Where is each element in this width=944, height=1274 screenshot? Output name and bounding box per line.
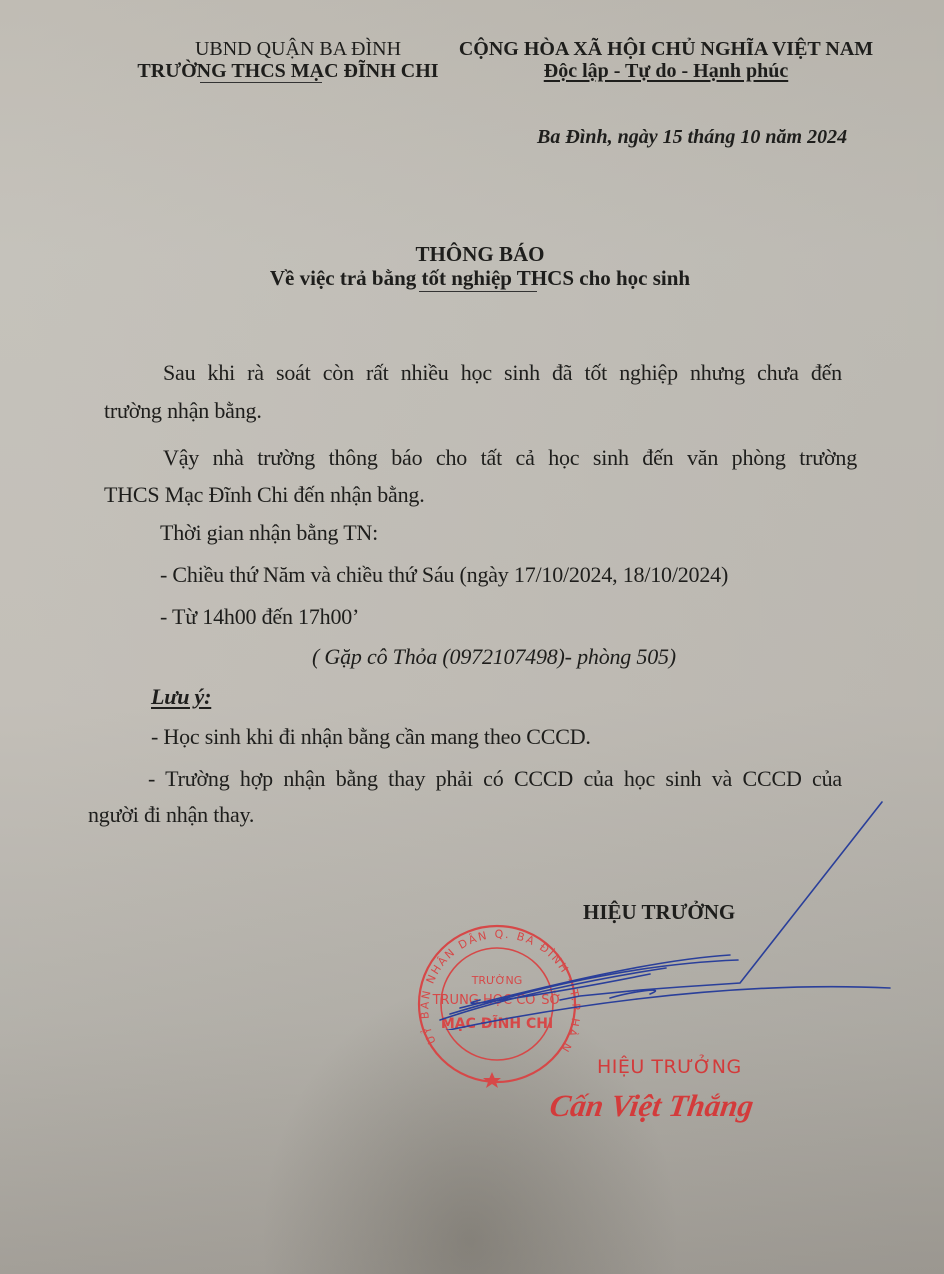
seal-name: Cấn Việt Thắng <box>547 1088 755 1124</box>
notes-item-2-line-2: người đi nhận thay. <box>88 802 254 828</box>
notes-heading: Lưu ý: <box>151 684 211 710</box>
seal-position: HIỆU TRƯỞNG <box>597 1056 742 1078</box>
notice-subtitle: Về việc trả bằng tốt nghiệp THCS cho học… <box>240 266 720 291</box>
star-icon <box>483 1072 501 1088</box>
paragraph-2-line-2: THCS Mạc Đĩnh Chi đến nhận bằng. <box>104 482 425 508</box>
handwritten-signature <box>420 800 900 1030</box>
schedule-contact: ( Gặp cô Thỏa (0972107498)- phòng 505) <box>312 644 676 670</box>
paragraph-1-line-2: trường nhận bằng. <box>104 398 262 424</box>
schedule-heading: Thời gian nhận bằng TN: <box>160 520 378 546</box>
paragraph-2-line-1: Vậy nhà trường thông báo cho tất cả học … <box>163 445 857 471</box>
header-school: TRƯỜNG THCS MẠC ĐĨNH CHI <box>128 60 448 83</box>
notes-item-1: - Học sinh khi đi nhận bằng cần mang the… <box>151 724 591 750</box>
header-motto: Độc lập - Tự do - Hạnh phúc <box>458 60 874 83</box>
notes-item-2-line-1: - Trường hợp nhận bằng thay phải có CCCD… <box>148 766 842 792</box>
header-nation: CỘNG HÒA XÃ HỘI CHỦ NGHĨA VIỆT NAM <box>458 38 874 61</box>
subtitle-underline <box>419 291 537 292</box>
date-line: Ba Đình, ngày 15 tháng 10 năm 2024 <box>537 126 847 149</box>
schedule-item-hours: - Từ 14h00 đến 17h00’ <box>160 604 359 630</box>
paragraph-1-line-1: Sau khi rà soát còn rất nhiều học sinh đ… <box>163 360 842 386</box>
schedule-item-days: - Chiều thứ Năm và chiều thứ Sáu (ngày 1… <box>160 562 728 588</box>
header-authority: UBND QUẬN BA ĐÌNH <box>150 38 446 61</box>
header-school-text: TRƯỜNG THCS MẠC ĐĨNH CHI <box>137 60 438 82</box>
header-school-underline <box>200 82 322 83</box>
notice-title: THÔNG BÁO <box>240 242 720 267</box>
